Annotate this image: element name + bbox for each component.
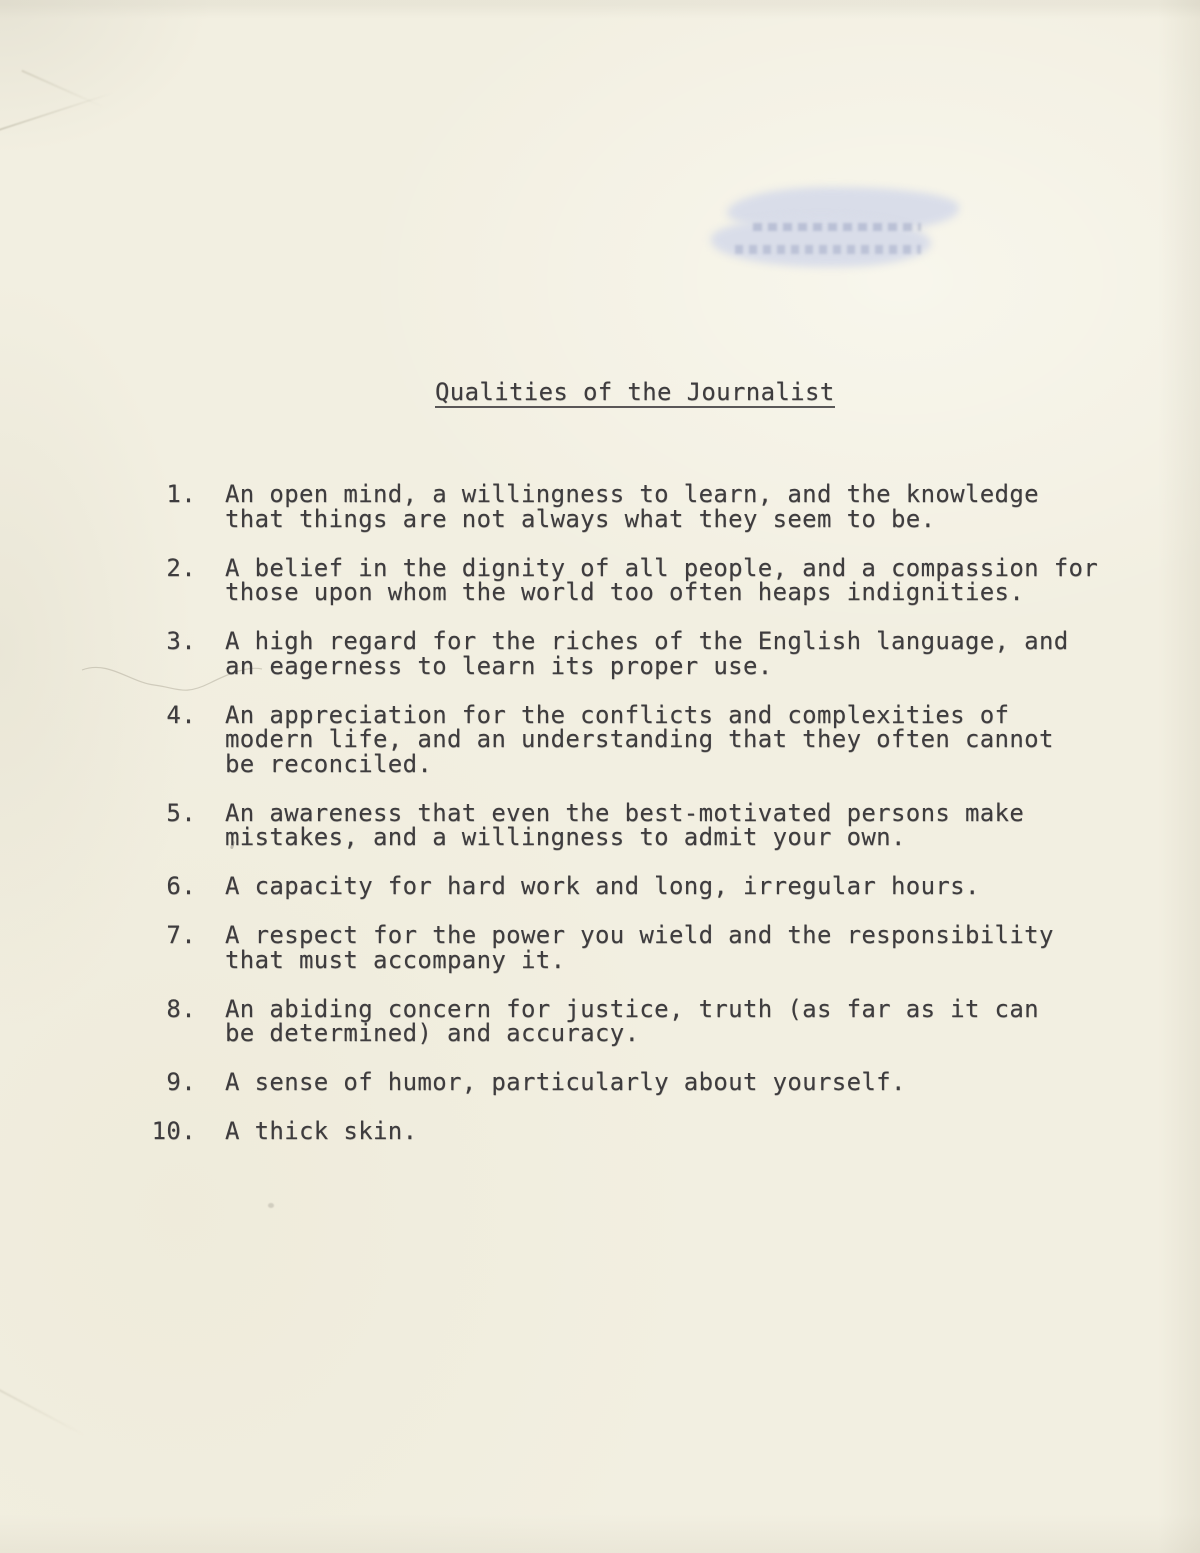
item-text: A respect for the power you wield and th… (225, 923, 1054, 972)
item-text: A thick skin. (225, 1119, 417, 1144)
list-item-4: 4. An appreciation for the conflicts and… (120, 703, 1200, 777)
list-item-8: 8. An abiding concern for justice, truth… (120, 997, 1200, 1046)
list-item-6: 6. A capacity for hard work and long, ir… (120, 874, 1200, 899)
item-number: 6. (120, 874, 196, 899)
list-item-5: 5. An awareness that even the best-motiv… (120, 801, 1200, 850)
item-number: 9. (120, 1070, 196, 1095)
list-item-2: 2. A belief in the dignity of all people… (120, 556, 1200, 605)
item-text: An abiding concern for justice, truth (a… (225, 997, 1039, 1046)
item-text: A sense of humor, particularly about you… (225, 1070, 906, 1095)
item-number: 1. (120, 482, 196, 531)
item-number: 4. (120, 703, 196, 777)
item-text: An open mind, a willingness to learn, an… (225, 482, 1039, 531)
item-text: A high regard for the riches of the Engl… (225, 629, 1069, 678)
item-number: 2. (120, 556, 196, 605)
item-number: 5. (120, 801, 196, 850)
document-content: Qualities of the Journalist 1. An open m… (0, 0, 1200, 1553)
item-text: An appreciation for the conflicts and co… (225, 703, 1054, 777)
list-item-3: 3. A high regard for the riches of the E… (120, 629, 1200, 678)
document-page: Qualities of the Journalist 1. An open m… (0, 0, 1200, 1553)
item-text: A belief in the dignity of all people, a… (225, 556, 1098, 605)
item-text: An awareness that even the best-motivate… (225, 801, 1024, 850)
list-item-7: 7. A respect for the power you wield and… (120, 923, 1200, 972)
item-number: 7. (120, 923, 196, 972)
qualities-list: 1. An open mind, a willingness to learn,… (120, 482, 1200, 1144)
item-text: A capacity for hard work and long, irreg… (225, 874, 980, 899)
item-number: 8. (120, 997, 196, 1046)
document-title: Qualities of the Journalist (435, 380, 835, 408)
list-item-9: 9. A sense of humor, particularly about … (120, 1070, 1200, 1095)
item-number: 10. (120, 1119, 196, 1144)
list-item-1: 1. An open mind, a willingness to learn,… (120, 482, 1200, 531)
item-number: 3. (120, 629, 196, 678)
list-item-10: 10. A thick skin. (120, 1119, 1200, 1144)
